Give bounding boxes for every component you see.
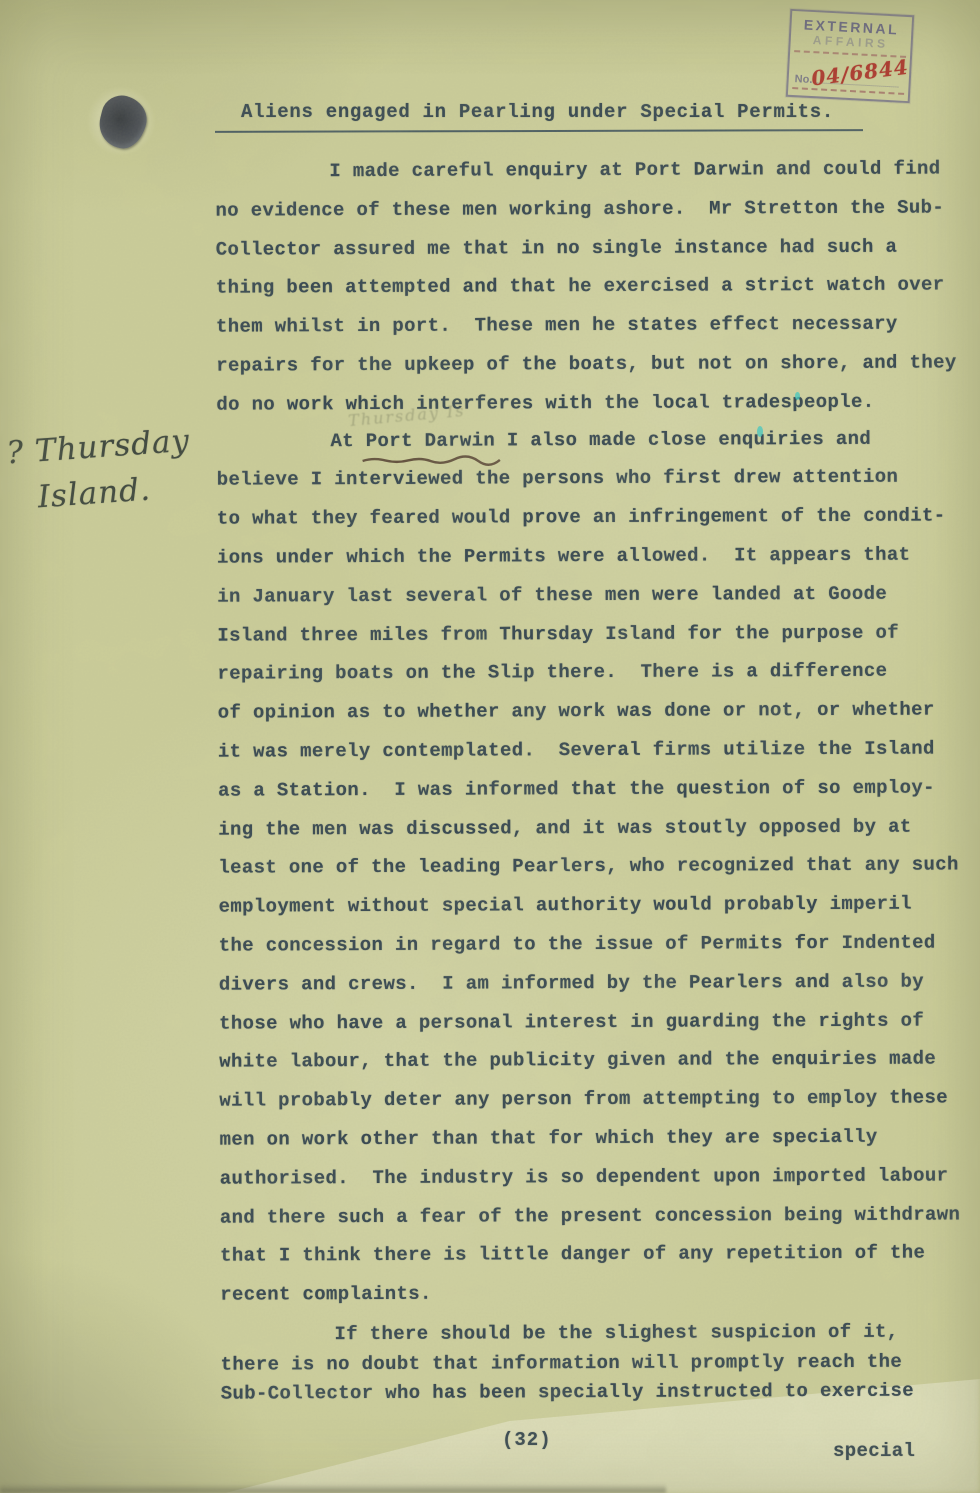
text-segment: At [330, 430, 365, 452]
scan-artifact-speck [757, 426, 763, 437]
typed-line: believe I interviewed the persons who fi… [217, 458, 979, 500]
typed-line: ions under which the Permits were allowe… [217, 535, 979, 577]
page-number: (32) [502, 1429, 552, 1451]
port-darwin-underlined: Port Darwin [366, 421, 495, 460]
typed-line: will probably deter any person from atte… [219, 1078, 980, 1120]
typed-line: least one of the leading Pearlers, who r… [218, 846, 980, 888]
stamp-divider [792, 87, 904, 95]
typed-line: and there such a fear of the present con… [220, 1195, 980, 1237]
typed-line: Sub-Collector who has been specially ins… [221, 1377, 980, 1410]
typed-line: divers and crews. I am informed by the P… [219, 962, 980, 1004]
text-segment: Port Darwin [366, 429, 495, 452]
paragraph-2: At Port Darwin I also made close enquiri… [216, 419, 980, 1315]
typed-line: white labour, that the publicity given a… [219, 1040, 980, 1082]
typed-line: ing the men was discussed, and it was st… [218, 807, 980, 849]
typed-line: of opinion as to whether any work was do… [218, 690, 980, 732]
catchword: special [833, 1440, 915, 1462]
stamp-no-label: No. [794, 73, 812, 86]
scan-artifact-speck [795, 392, 800, 400]
typed-line: in January last several of these men wer… [217, 574, 979, 616]
typed-line: the concession in regard to the issue of… [219, 923, 980, 965]
typed-line: no evidence of these men working ashore.… [215, 188, 977, 230]
margin-note-handwritten: ? Thursday Island. [5, 418, 195, 523]
paragraph-1: I made careful enquiry at Port Darwin an… [215, 149, 978, 424]
typed-line: it was merely contemplated. Several firm… [218, 729, 980, 771]
typed-line: recent complaints. [220, 1272, 980, 1314]
typed-line: men on work other than that for which th… [219, 1117, 980, 1159]
typed-line: as a Station. I was informed that the qu… [218, 768, 980, 810]
typed-line: that I think there is little danger of a… [220, 1234, 980, 1276]
typed-line-with-underlined-place: At Port Darwin I also made close enquiri… [216, 419, 978, 461]
typed-line: If there should be the slighest suspicio… [220, 1317, 980, 1350]
scanned-document-page: EXTERNAL AFFAIRS No. 04/6844 Aliens enga… [0, 0, 980, 1493]
typed-line: those who have a personal interest in gu… [219, 1001, 980, 1043]
hand-drawn-wavy-underline [363, 456, 500, 466]
typed-line: repairs for the upkeep of the boats, but… [216, 343, 978, 385]
typed-line: repairing boats on the Slip there. There… [217, 652, 979, 694]
typed-line: there is no doubt that information will … [220, 1347, 980, 1380]
typed-line: employment without special authority wou… [218, 884, 980, 926]
typed-line: them whilst in port. These men he states… [216, 305, 978, 347]
typed-line: Island three miles from Thursday Island … [217, 613, 979, 655]
page-bottom-edge-shadow [0, 1484, 666, 1493]
typed-line: do no work which interferes with the loc… [216, 382, 978, 424]
paragraph-3: If there should be the slighest suspicio… [220, 1317, 980, 1409]
typed-line: thing been attempted and that he exercis… [216, 266, 978, 308]
external-affairs-stamp: EXTERNAL AFFAIRS No. 04/6844 [786, 9, 914, 103]
typed-body: I made careful enquiry at Port Darwin an… [215, 149, 980, 1409]
typed-line: I made careful enquiry at Port Darwin an… [215, 149, 977, 191]
typed-line: authorised. The industry is so dependent… [220, 1156, 980, 1198]
typed-line: Collector assured me that in no single i… [216, 227, 978, 269]
title-underline [215, 129, 863, 133]
typed-line: to what they feared would prove an infri… [217, 497, 979, 539]
document-title: Aliens engaged in Pearling under Special… [241, 101, 834, 123]
text-segment: I also made close enquiries and [495, 427, 871, 451]
